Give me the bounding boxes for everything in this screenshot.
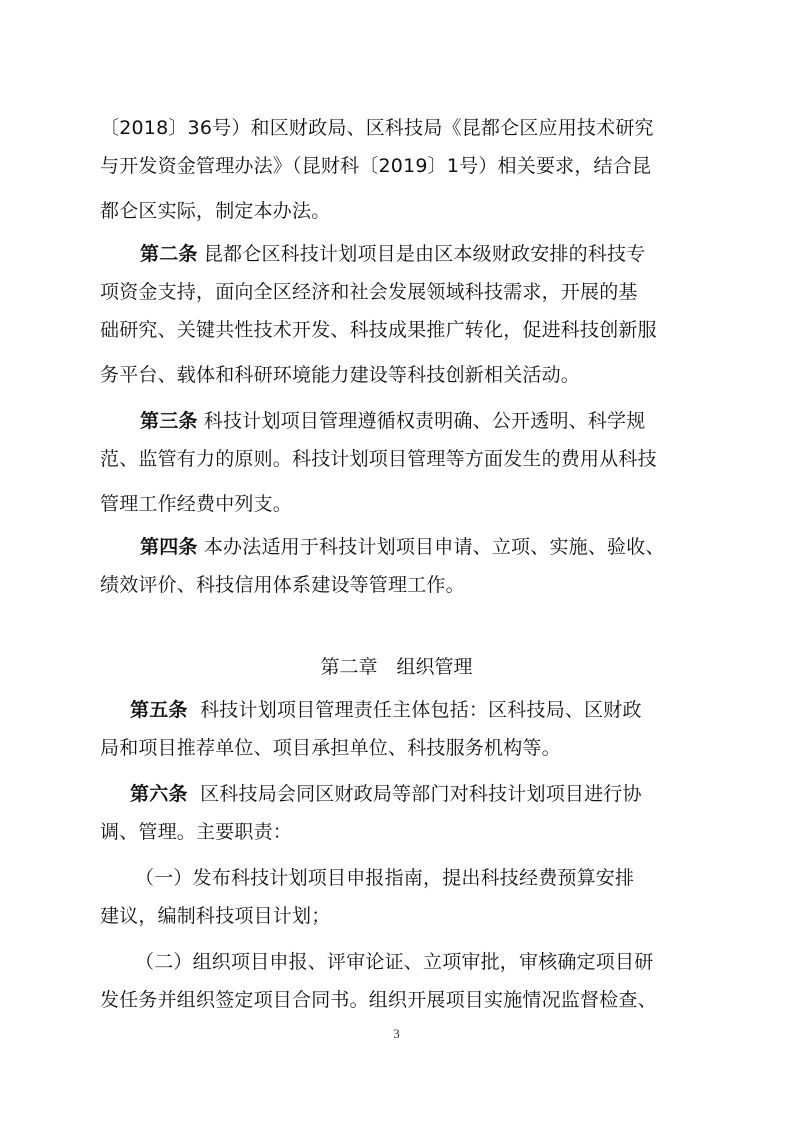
text-line: 项资金支持，面向全区经济和社会发展领域科技需求，开展的基: [100, 279, 700, 305]
list-item-1-first-line: （一）发布科技计划项目申报指南，提出科技经费预算安排: [135, 865, 700, 891]
article-label: 第二条: [140, 243, 198, 265]
article-2-first-line: 第二条 昆都仑区科技计划项目是由区本级财政安排的科技专: [140, 241, 700, 267]
article-5-first-line: 第五条 科技计划项目管理责任主体包括：区科技局、区财政: [130, 697, 700, 723]
text-line: 都仑区实际，制定本办法。: [100, 198, 700, 224]
article-4-first-line: 第四条 本办法适用于科技计划项目申请、立项、实施、验收、: [140, 534, 700, 560]
text-line: 与开发资金管理办法》（昆财科〔2019〕1号）相关要求，结合昆: [100, 153, 700, 179]
text-line: 绩效评价、科技信用体系建设等管理工作。: [100, 572, 700, 598]
article-text: 昆都仑区科技计划项目是由区本级财政安排的科技专: [204, 243, 646, 265]
text-line: 础研究、关键共性技术开发、科技成果推广转化，促进科技创新服: [100, 317, 700, 343]
text-line: 建议，编制科技项目计划；: [100, 903, 700, 929]
chapter-heading: 第二章 组织管理: [0, 654, 793, 680]
article-label: 第五条: [130, 699, 188, 721]
text-line: 调、管理。主要职责：: [100, 819, 700, 845]
list-item-2-first-line: （二）组织项目申报、评审论证、立项审批，审核确定项目研: [135, 949, 700, 975]
article-label: 第四条: [140, 536, 198, 558]
article-label: 第六条: [130, 783, 188, 805]
article-text: 科技计划项目管理遵循权责明确、公开透明、科学规: [204, 410, 646, 432]
article-3-first-line: 第三条 科技计划项目管理遵循权责明确、公开透明、科学规: [140, 408, 700, 434]
article-6-first-line: 第六条 区科技局会同区财政局等部门对科技计划项目进行协: [130, 781, 700, 807]
text-line: 管理工作经费中列支。: [100, 491, 700, 517]
article-text: 本办法适用于科技计划项目申请、立项、实施、验收、: [204, 536, 665, 558]
text-line: 范、监管有力的原则。科技计划项目管理等方面发生的费用从科技: [100, 446, 700, 472]
article-text: 科技计划项目管理责任主体包括：区科技局、区财政: [200, 699, 642, 721]
text-line: 局和项目推荐单位、项目承担单位、科技服务机构等。: [100, 735, 700, 761]
text-line: 发任务并组织签定项目合同书。组织开展项目实施情况监督检查、: [100, 987, 700, 1013]
text-line: 务平台、载体和科研环境能力建设等科技创新相关活动。: [100, 362, 700, 388]
article-text: 区科技局会同区财政局等部门对科技计划项目进行协: [200, 783, 642, 805]
page-number: 3: [0, 1026, 793, 1042]
article-label: 第三条: [140, 410, 198, 432]
text-line: 〔2018〕36号）和区财政局、区科技局《昆都仑区应用技术研究: [100, 115, 700, 141]
